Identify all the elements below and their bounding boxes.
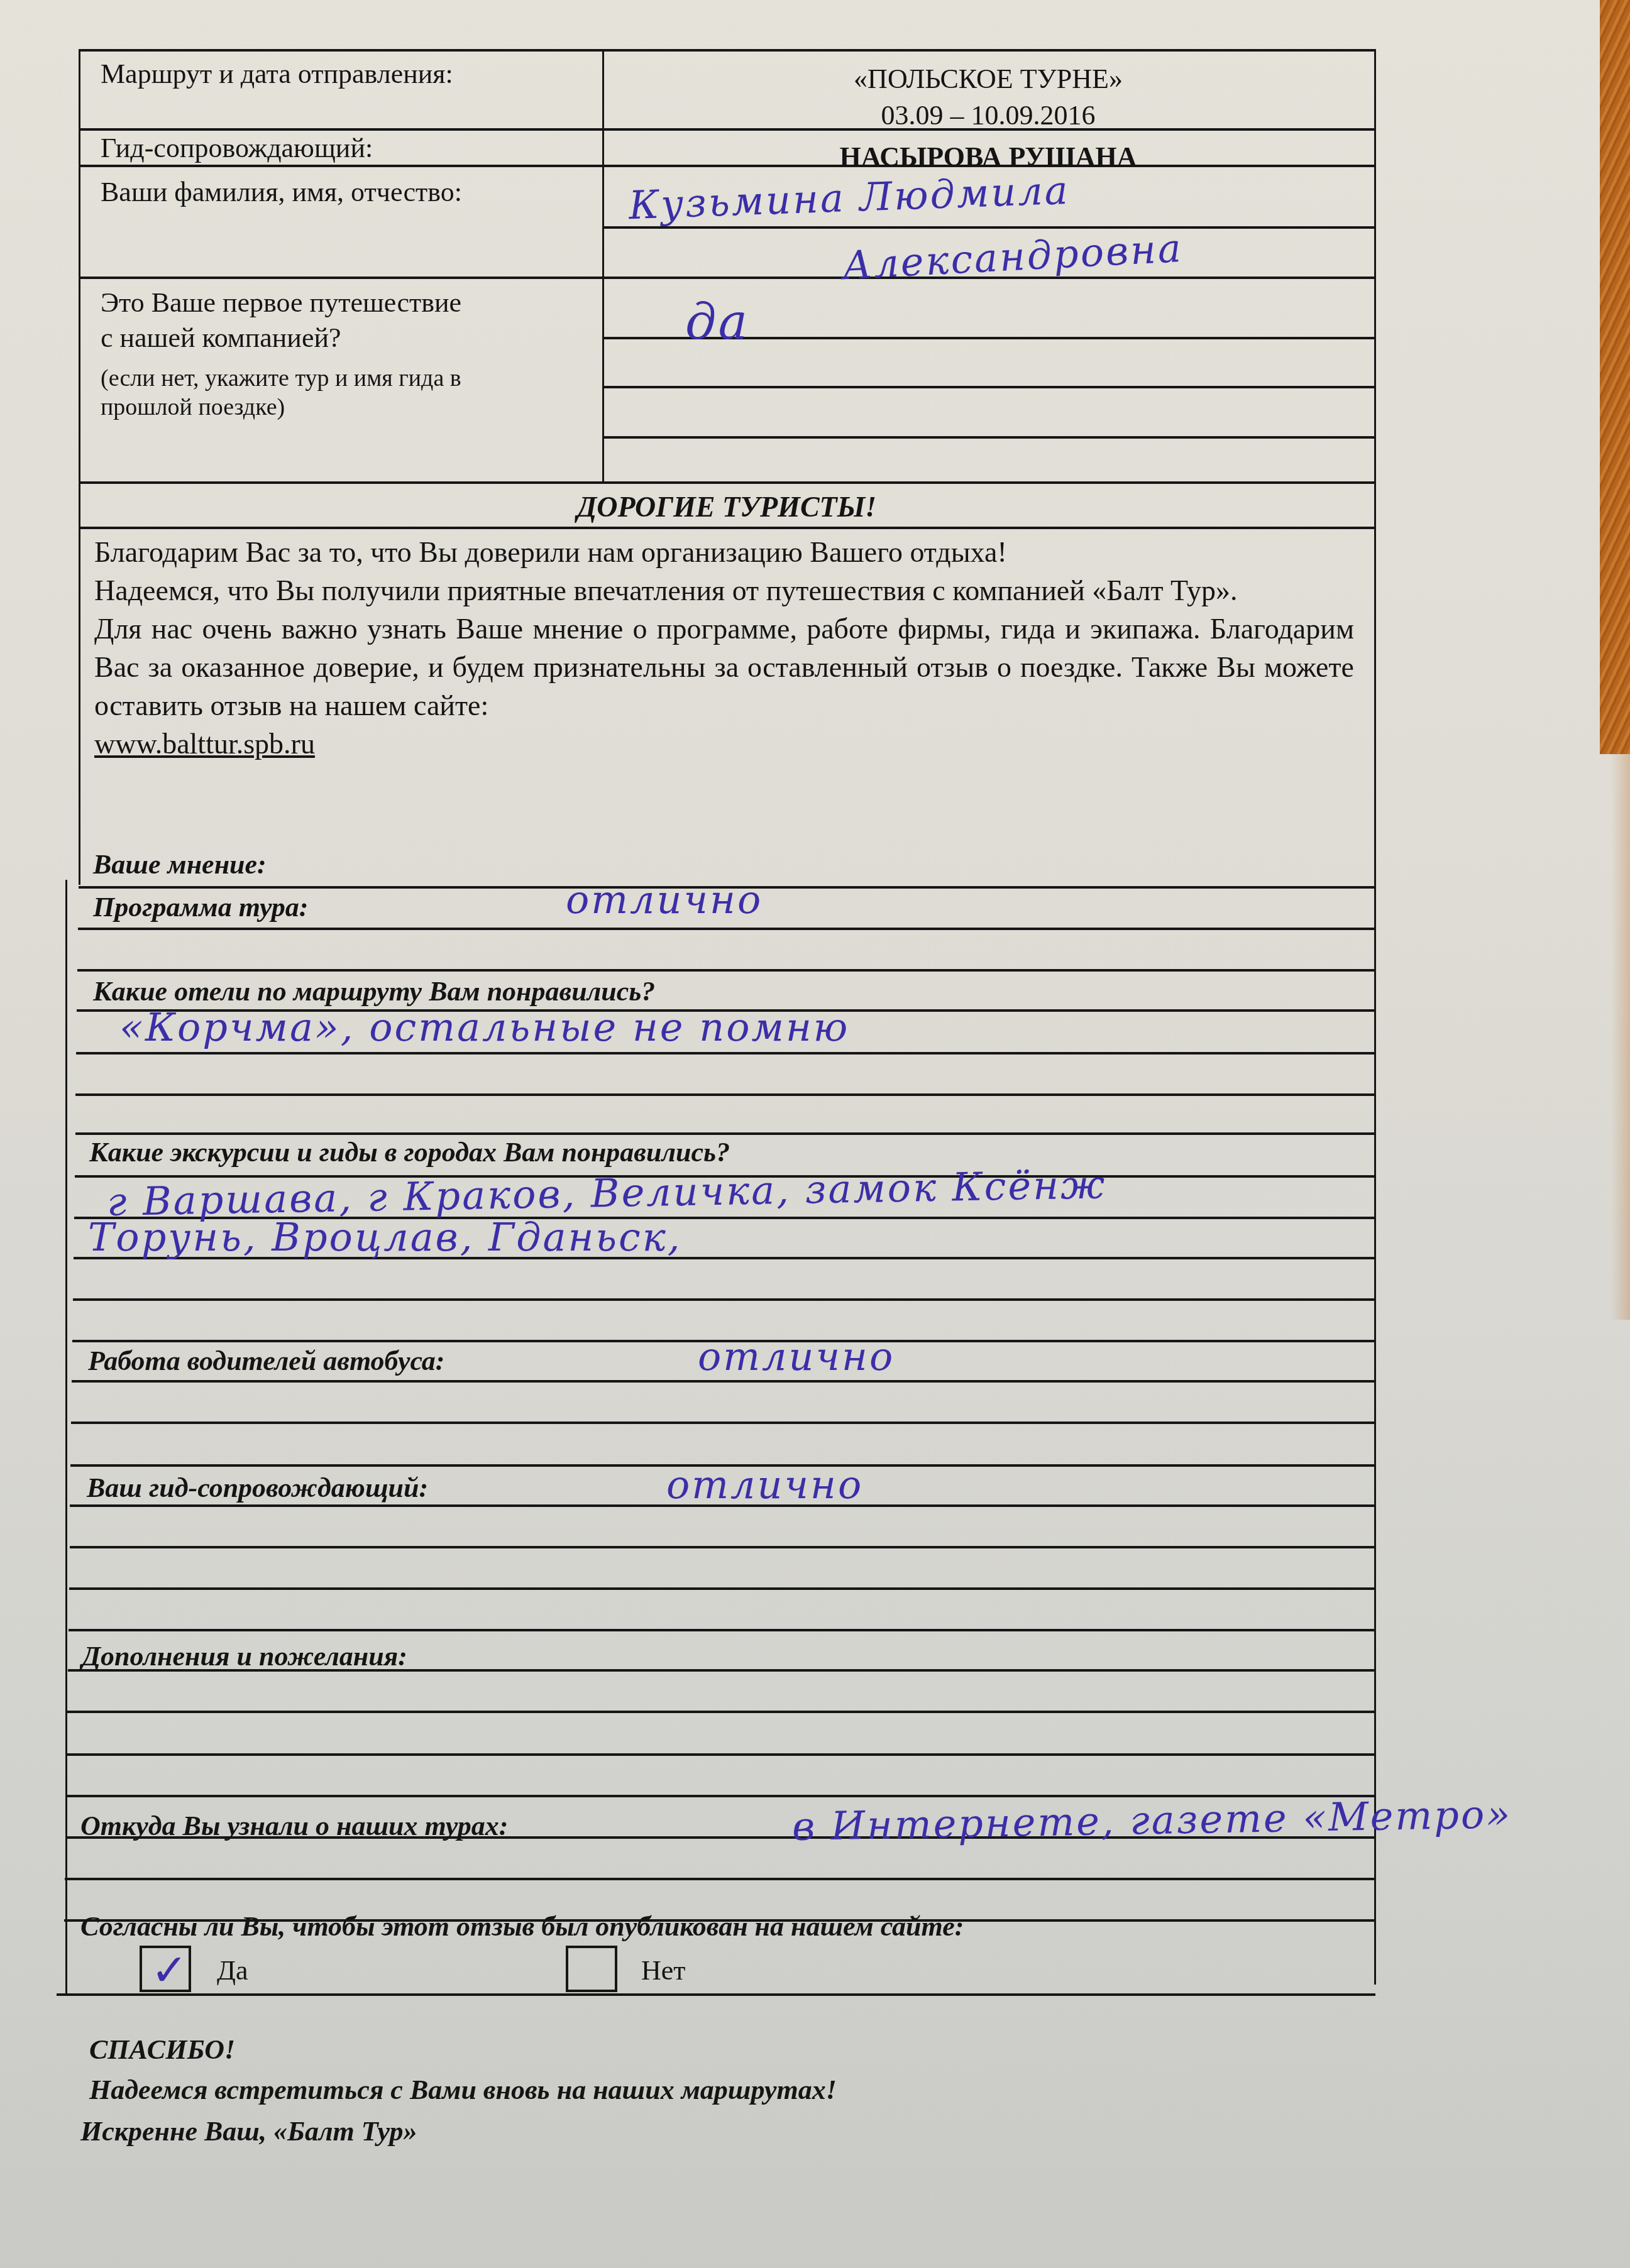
question-label-hotels: Какие отели по маршруту Вам понравились? bbox=[93, 975, 655, 1007]
first-trip-hint: (если нет, укажите тур и имя гида в bbox=[101, 364, 461, 392]
ruled-line bbox=[69, 1629, 1374, 1631]
ruled-line bbox=[78, 928, 1374, 930]
ruled-line bbox=[67, 1753, 1374, 1756]
answer-excursions-line2[interactable]: Торунь, Вроцлав, Гданьск, bbox=[88, 1214, 681, 1260]
opinion-title: Ваше мнение: bbox=[93, 848, 267, 880]
consent-yes-label: Да bbox=[217, 1954, 248, 1986]
ruled-line bbox=[67, 1711, 1374, 1713]
first-trip-hint-2: прошлой поездке) bbox=[101, 393, 285, 421]
ruled-line bbox=[73, 1298, 1374, 1301]
row-line bbox=[79, 481, 1375, 484]
row-line bbox=[79, 527, 1375, 529]
ruled-line bbox=[75, 1093, 1374, 1096]
table-border-left bbox=[79, 49, 80, 885]
table-border-left-lower bbox=[65, 880, 67, 1995]
fullname-value[interactable]: Кузьмина Людмила bbox=[628, 167, 1071, 228]
question-label-excursions: Какие экскурсии и гиды в городах Вам пон… bbox=[89, 1136, 730, 1168]
ruled-line bbox=[75, 1132, 1374, 1135]
guide-name: НАСЫРОВА РУШАНА bbox=[602, 141, 1374, 173]
answer-source[interactable]: в Интернете, газете «Метро» bbox=[791, 1791, 1512, 1849]
ruled-line bbox=[65, 1878, 1374, 1880]
question-label-source: Откуда Вы узнали о наших турах: bbox=[80, 1810, 508, 1842]
greeting-paragraph-1: Благодарим Вас за то, что Вы доверили на… bbox=[94, 533, 1354, 571]
table-border-top bbox=[79, 49, 1375, 52]
consent-question: Согласны ли Вы, чтобы этот отзыв был опу… bbox=[80, 1910, 964, 1942]
greeting-text: Благодарим Вас за то, что Вы доверили на… bbox=[94, 533, 1354, 763]
question-label-guide: Ваш гид-сопровождающий: bbox=[87, 1472, 428, 1504]
question-label-program: Программа тура: bbox=[93, 891, 308, 923]
table-border-right bbox=[1374, 49, 1376, 1985]
route-label: Маршрут и дата отправления: bbox=[101, 58, 453, 90]
answer-guide[interactable]: отлично bbox=[666, 1462, 863, 1508]
desk-background bbox=[1600, 0, 1630, 754]
footer-hope: Надеемся встретиться с Вами вновь на наш… bbox=[89, 2074, 837, 2106]
ruled-line bbox=[76, 1052, 1374, 1055]
route-dates: 03.09 – 10.09.2016 bbox=[602, 99, 1374, 131]
footer-signature: Искренне Ваш, «Балт Тур» bbox=[80, 2115, 417, 2147]
consent-yes-checkbox[interactable]: ✓ bbox=[140, 1946, 191, 1992]
footer-thanks: СПАСИБО! bbox=[89, 2034, 235, 2066]
row-line bbox=[602, 436, 1374, 439]
answer-hotels[interactable]: «Корчма», остальные не помню bbox=[119, 1004, 849, 1050]
row-line bbox=[602, 386, 1374, 388]
checkmark-icon: ✓ bbox=[151, 1944, 188, 1996]
greeting-paragraph-3: Для нас очень важно узнать Ваше мнение о… bbox=[94, 610, 1354, 725]
table-border-bottom bbox=[57, 1993, 1375, 1996]
greeting-paragraph-2: Надеемся, что Вы получили приятные впеча… bbox=[94, 571, 1354, 610]
desk-shadow bbox=[1611, 754, 1630, 1320]
greeting-title: ДОРОГИЕ ТУРИСТЫ! bbox=[79, 490, 1375, 523]
route-name: «ПОЛЬСКОЕ ТУРНЕ» bbox=[602, 63, 1374, 95]
first-trip-value[interactable]: да bbox=[685, 294, 749, 351]
guide-label: Гид-сопровождающий: bbox=[101, 132, 373, 164]
first-trip-label-2: с нашей компанией? bbox=[101, 322, 341, 354]
fullname-label: Ваши фамилия, имя, отчество: bbox=[101, 176, 462, 208]
answer-program[interactable]: отлично bbox=[566, 877, 763, 923]
ruled-line bbox=[70, 1546, 1374, 1548]
consent-no-checkbox[interactable] bbox=[566, 1946, 617, 1992]
first-trip-label: Это Ваше первое путешествие bbox=[101, 287, 461, 319]
consent-no-label: Нет bbox=[641, 1954, 686, 1986]
ruled-line bbox=[71, 1422, 1374, 1424]
row-line bbox=[79, 277, 1375, 279]
ruled-line bbox=[77, 969, 1374, 972]
ruled-line bbox=[69, 1587, 1374, 1590]
row-line bbox=[602, 226, 1374, 229]
question-label-drivers: Работа водителей автобуса: bbox=[88, 1345, 445, 1377]
question-label-wishes: Дополнения и пожелания: bbox=[82, 1640, 407, 1672]
ruled-line bbox=[72, 1380, 1374, 1383]
website-link[interactable]: www.balttur.spb.ru bbox=[94, 728, 315, 760]
answer-drivers[interactable]: отлично bbox=[698, 1334, 895, 1379]
